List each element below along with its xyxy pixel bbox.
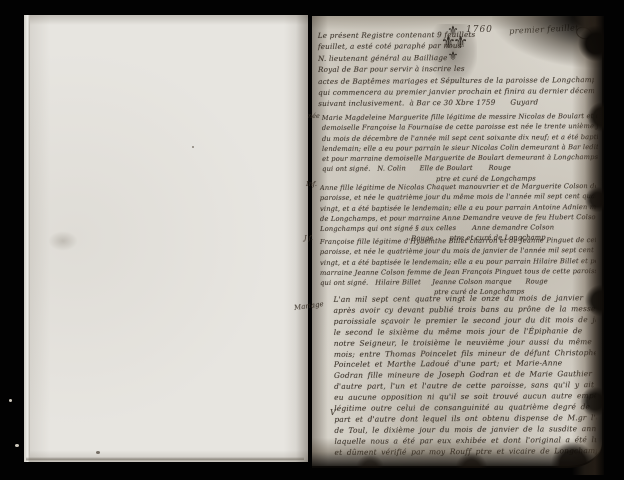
paper-speck: [96, 451, 100, 454]
margin-note: J f.: [304, 234, 313, 242]
page-bottom-edge: [26, 457, 304, 461]
film-speck: [9, 399, 12, 402]
manuscript-scan: ⚜ ⚜⚜ ⚜ 1760 premier feuillet Le présent …: [0, 0, 624, 480]
baptism-record: Marie Magdeleine Marguerite fille légiti…: [322, 111, 598, 185]
paper-smudge: [48, 231, 78, 251]
left-blank-page: [24, 15, 308, 462]
paper-speck: [192, 146, 194, 148]
worn-bottom-edge: [312, 438, 602, 468]
torn-edge: [572, 16, 604, 475]
baptism-record: Françoise fille légitime d'Hyacinthe Bil…: [320, 235, 596, 299]
margin-note: née: [308, 112, 320, 120]
margin-note: Inf.: [306, 180, 317, 188]
right-manuscript-page: ⚜ ⚜⚜ ⚜ 1760 premier feuillet Le présent …: [312, 16, 602, 466]
page-stack-edge: [24, 15, 30, 462]
handwritten-line: suivant inclusivement. à Bar ce 30 Xbre …: [318, 96, 594, 109]
marriage-record: L'an mil sept cent quatre vingt le onze …: [333, 293, 596, 458]
film-speck: [15, 444, 19, 447]
